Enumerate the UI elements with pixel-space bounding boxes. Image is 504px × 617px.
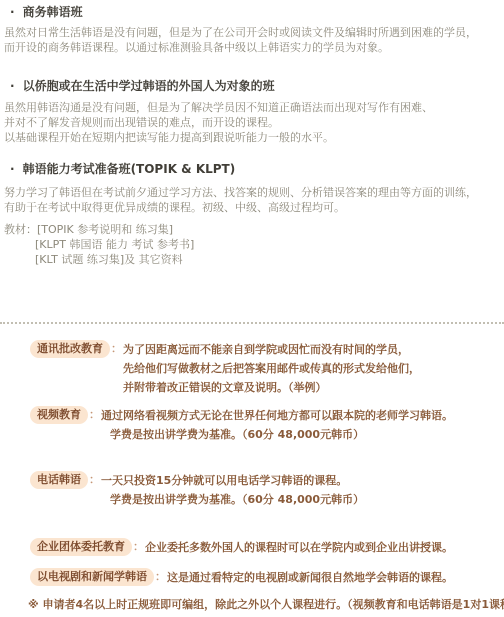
program-line: 企业委托多数外国人的课程时可以在学院内或到企业出讲授课。: [145, 538, 453, 557]
body-line: 以基础课程开始在短期内把读写能力提高到跟说听能力一般的水平。: [4, 130, 504, 145]
program-line: 这是通过看特定的电视剧或新闻很自然地学会韩语的课程。: [167, 568, 453, 587]
body-line: 虽然对日常生活韩语是没有问题，但是为了在公司开会时或阅读文件及编辑时所遇到困难的…: [4, 25, 504, 40]
materials-list: 教材：[TOPIK 参考说明和 练习集] [KLPT 韩国语 能力 考试 参考书…: [0, 222, 504, 267]
label-colon: ：: [133, 538, 144, 556]
section-exam-prep: · 韩语能力考试准备班(TOPIK & KLPT) 努力学习了韩语但在考试前夕通…: [0, 162, 504, 267]
label-colon: ：: [89, 406, 100, 424]
program-description: 企业委托多数外国人的课程时可以在学院内或到企业出讲授课。: [145, 538, 453, 557]
label-colon: ：: [155, 568, 166, 586]
materials-line: [KLPT 韩国语 能力 考试 参考书]: [4, 237, 504, 252]
section-business-korean: · 商务韩语班 虽然对日常生活韩语是没有问题，但是为了在公司开会时或阅读文件及编…: [0, 5, 504, 55]
program-description: 为了因距离远而不能亲自到学院或因忙而没有时间的学员， 先给他们写做教材之后把答案…: [123, 340, 420, 397]
program-correspondence-education: 通讯批改教育 ： 为了因距离远而不能亲自到学院或因忙而没有时间的学员， 先给他们…: [0, 340, 504, 397]
section-heritage-learners: · 以侨胞或在生活中学过韩语的外国人为对象的班 虽然用韩语沟通是没有问题，但是为…: [0, 79, 504, 145]
body-line: 努力学习了韩语但在考试前夕通过学习方法、找答案的规则、分析错误答案的理由等方面的…: [4, 185, 504, 200]
program-line: 学费是按出讲学费为基准。（60分 48,000元韩币）: [101, 490, 364, 509]
body-line: 而开设的商务韩语课程。以通过标准测验具备中级以上韩语实力的学员为对象。: [4, 40, 504, 55]
section-title-text: 韩语能力考试准备班(TOPIK & KLPT): [23, 162, 236, 176]
body-line: 有助于在考试中取得更优异成绩的课程。初级、中级、高级过程均可。: [4, 200, 504, 215]
section-title-text: 以侨胞或在生活中学过韩语的外国人为对象的班: [23, 79, 275, 93]
body-line: 并对不了解发音规则而出现错误的难点，而开设的课程。: [4, 115, 504, 130]
section-body: 虽然用韩语沟通是没有问题，但是为了解决学员因不知道正确语法而出现对写作有困难、 …: [0, 100, 504, 145]
section-title: · 韩语能力考试准备班(TOPIK & KLPT): [0, 162, 504, 176]
program-description: 一天只投资15分钟就可以用电话学习韩语的课程。 学费是按出讲学费为基准。（60分…: [101, 471, 364, 509]
program-description: 通过网络看视频方式无论在世界任何地方都可以跟本院的老师学习韩语。 学费是按出讲学…: [101, 406, 453, 444]
program-label-badge: 企业团体委托教育: [30, 538, 132, 556]
program-label-badge: 电话韩语: [30, 471, 88, 489]
bullet-icon: ·: [10, 79, 15, 93]
materials-line: [KLT 试题 练习集]及 其它资料: [4, 252, 504, 267]
section-title-text: 商务韩语班: [23, 5, 83, 19]
program-telephone-korean: 电话韩语 ： 一天只投资15分钟就可以用电话学习韩语的课程。 学费是按出讲学费为…: [0, 471, 504, 509]
course-description-page: · 商务韩语班 虽然对日常生活韩语是没有问题，但是为了在公司开会时或阅读文件及编…: [0, 0, 504, 617]
footnote: ※ 申请者4名以上时正规班即可编组，除此之外以个人课程进行。（视频教育和电话韩语…: [0, 597, 504, 612]
program-line: 一天只投资15分钟就可以用电话学习韩语的课程。: [101, 471, 364, 490]
program-label-badge: 通讯批改教育: [30, 340, 110, 358]
bullet-icon: ·: [10, 162, 15, 176]
program-line: 学费是按出讲学费为基准。（60分 48,000元韩币）: [101, 425, 453, 444]
section-title: · 以侨胞或在生活中学过韩语的外国人为对象的班: [0, 79, 504, 93]
program-description: 这是通过看特定的电视剧或新闻很自然地学会韩语的课程。: [167, 568, 453, 587]
label-colon: ：: [89, 471, 100, 489]
program-label-badge: 以电视剧和新闻学韩语: [30, 568, 154, 586]
program-video-education: 视频教育 ： 通过网络看视频方式无论在世界任何地方都可以跟本院的老师学习韩语。 …: [0, 406, 504, 444]
label-colon: ：: [111, 340, 122, 358]
program-line: 并附带着改正错误的文章及说明。（举例）: [123, 378, 420, 397]
body-line: 虽然用韩语沟通是没有问题，但是为了解决学员因不知道正确语法而出现对写作有困难、: [4, 100, 504, 115]
section-body: 努力学习了韩语但在考试前夕通过学习方法、找答案的规则、分析错误答案的理由等方面的…: [0, 185, 504, 215]
program-line: 通过网络看视频方式无论在世界任何地方都可以跟本院的老师学习韩语。: [101, 406, 453, 425]
materials-line: 教材：[TOPIK 参考说明和 练习集]: [4, 222, 504, 237]
dotted-divider: [0, 322, 504, 324]
program-line: 先给他们写做教材之后把答案用邮件或传真的形式发给他们，: [123, 359, 420, 378]
bullet-icon: ·: [10, 5, 15, 19]
program-corporate-education: 企业团体委托教育 ： 企业委托多数外国人的课程时可以在学院内或到企业出讲授课。: [0, 538, 504, 557]
section-body: 虽然对日常生活韩语是没有问题，但是为了在公司开会时或阅读文件及编辑时所遇到困难的…: [0, 25, 504, 55]
program-drama-news-korean: 以电视剧和新闻学韩语 ： 这是通过看特定的电视剧或新闻很自然地学会韩语的课程。: [0, 568, 504, 587]
program-line: 为了因距离远而不能亲自到学院或因忙而没有时间的学员，: [123, 340, 420, 359]
program-label-badge: 视频教育: [30, 406, 88, 424]
section-title: · 商务韩语班: [0, 5, 504, 19]
